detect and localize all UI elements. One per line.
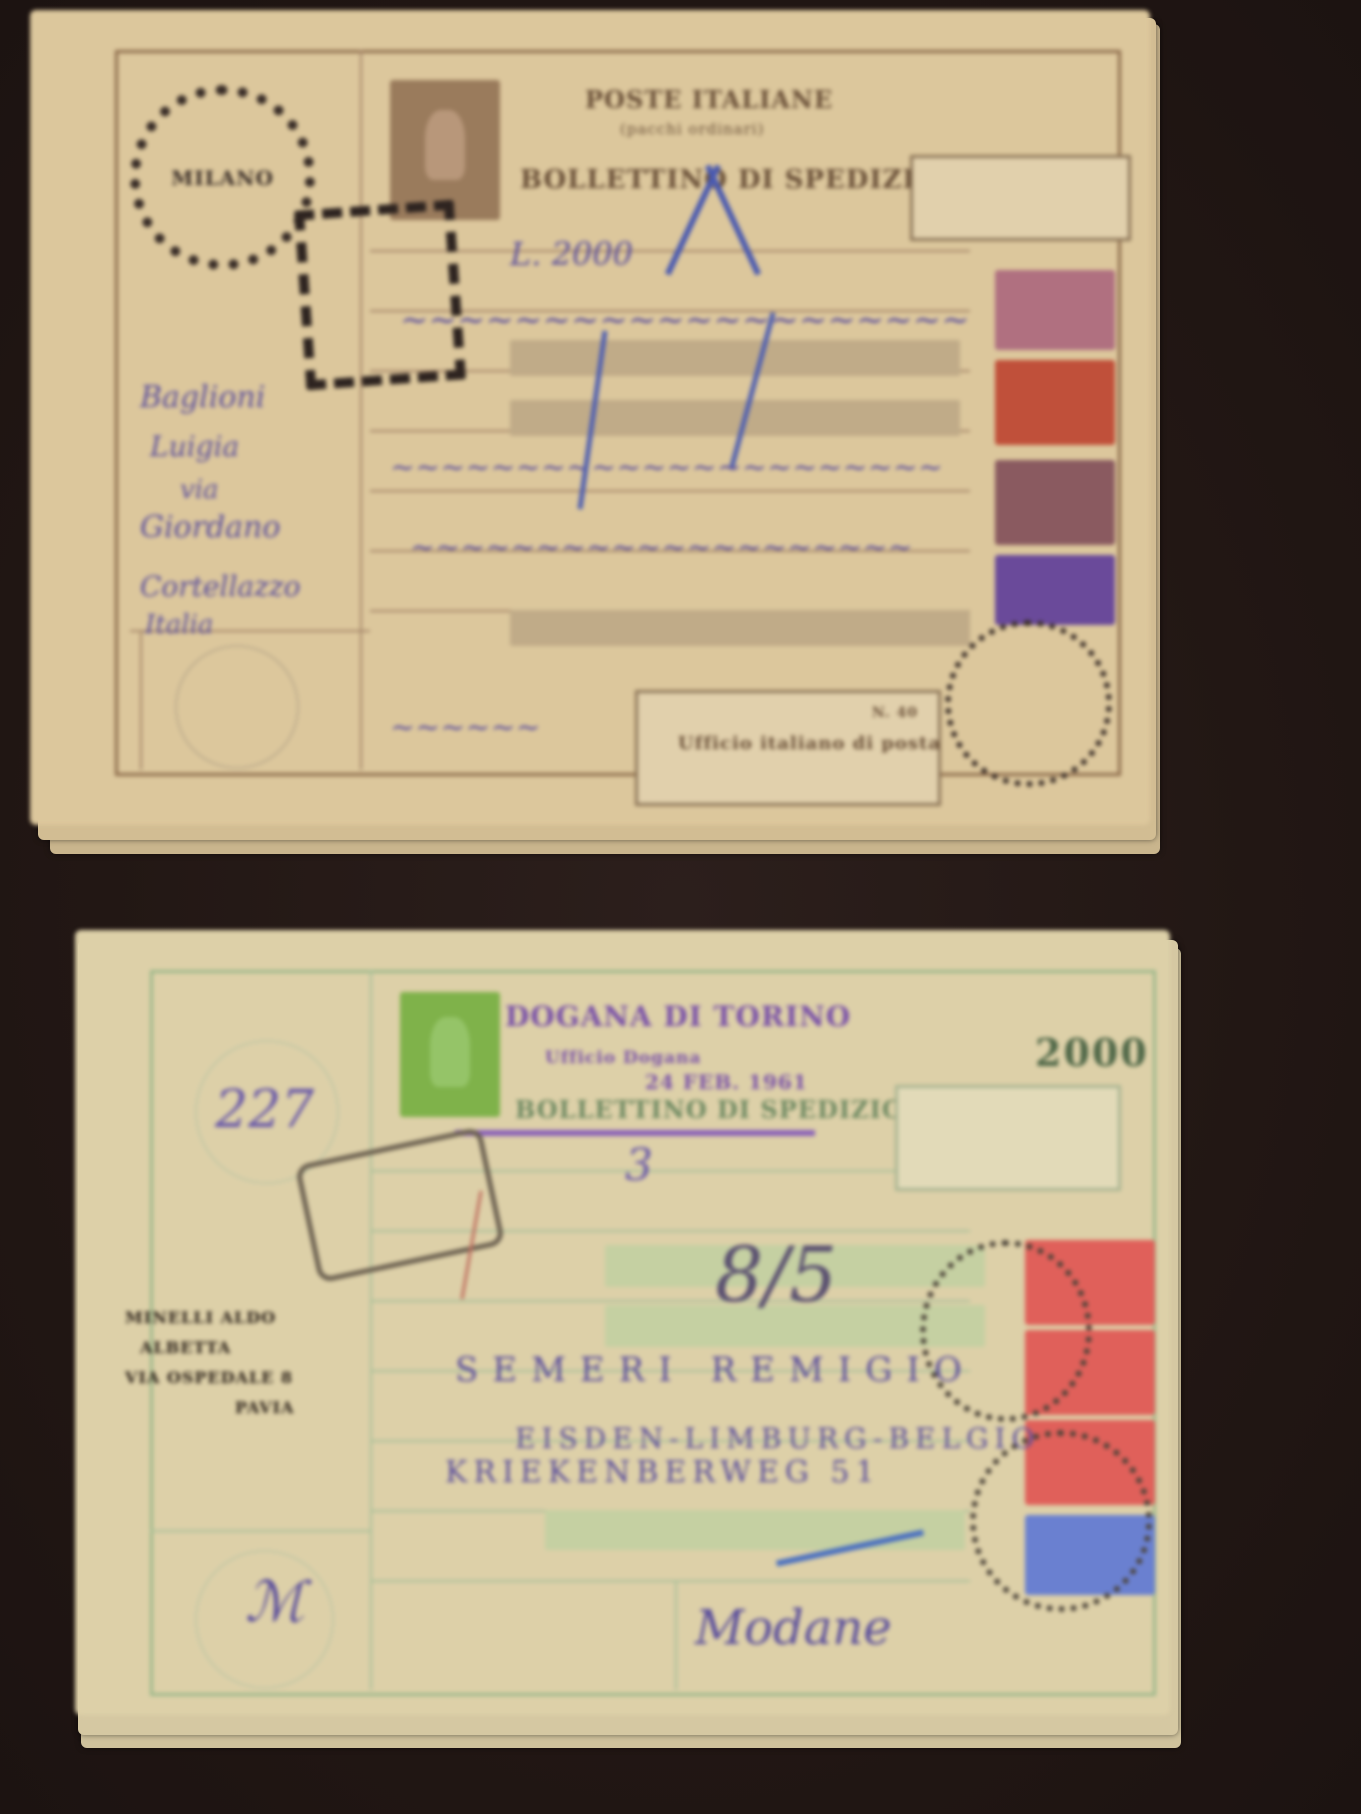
handwritten-sender-line: Italia bbox=[145, 610, 213, 640]
customs-header: DOGANA DI TORINO bbox=[505, 1000, 851, 1033]
handwritten-scribble: ~~~~~~~~~~~~~~~~~~~~ bbox=[410, 530, 913, 565]
handwritten-scribble: ~~~~~~ bbox=[390, 710, 541, 745]
postmark bbox=[945, 620, 1112, 787]
form-rule bbox=[370, 1580, 970, 1582]
postage-stamp bbox=[995, 360, 1115, 445]
form-divider bbox=[360, 50, 362, 770]
postmark bbox=[920, 1240, 1092, 1422]
top-stack: POSTE ITALIANE (pacchi ordinari) BOLLETT… bbox=[20, 10, 1170, 860]
handwritten-number: 227 bbox=[215, 1080, 314, 1140]
blank-circle bbox=[175, 645, 299, 769]
imprinted-stamp bbox=[390, 80, 500, 220]
postage-stamp bbox=[995, 270, 1115, 350]
form-field bbox=[545, 1510, 965, 1550]
handwritten-count: 3 bbox=[625, 1140, 653, 1191]
handwritten-sender-line: Giordano bbox=[140, 510, 280, 545]
form-rule bbox=[150, 1530, 370, 1532]
postage-stamp bbox=[995, 460, 1115, 545]
postage-stamp bbox=[995, 555, 1115, 625]
form-header: POSTE ITALIANE bbox=[585, 85, 833, 114]
handwritten-sender-line: Cortellazzo bbox=[140, 570, 300, 603]
reference-label bbox=[895, 1085, 1121, 1191]
handwritten-signature: ℳ bbox=[245, 1570, 305, 1635]
bottom-stack: DOGANA DI TORINO Ufficio Dogana 24 FEB. … bbox=[75, 930, 1185, 1750]
handwritten-scribble: ~~~~~~~~~~~~~~~~~~~~~~ bbox=[390, 450, 943, 485]
form-divider bbox=[370, 970, 372, 1690]
bottom-parcel-form: DOGANA DI TORINO Ufficio Dogana 24 FEB. … bbox=[75, 930, 1170, 1715]
declared-value: 2000 bbox=[1035, 1030, 1149, 1075]
sender-line: ALBETTA bbox=[140, 1338, 231, 1357]
postmark: MILANO bbox=[130, 85, 315, 270]
top-parcel-form: POSTE ITALIANE (pacchi ordinari) BOLLETT… bbox=[30, 10, 1150, 825]
handwritten-weight: 8/5 bbox=[715, 1230, 837, 1319]
reference-label bbox=[910, 155, 1131, 241]
sender-line: MINELLI ALDO bbox=[125, 1308, 276, 1327]
sender-line: PAVIA bbox=[235, 1398, 294, 1417]
handwritten-sender-line: Luigia bbox=[150, 430, 239, 463]
form-field bbox=[510, 400, 960, 436]
form-rule bbox=[370, 250, 970, 252]
form-divider bbox=[140, 630, 142, 770]
form-field bbox=[510, 610, 970, 646]
rectangular-handstamp bbox=[294, 200, 466, 391]
recipient-name: SEMERI REMIGIO bbox=[455, 1350, 976, 1390]
office-label: N. 40 Ufficio italiano di posta bbox=[635, 690, 941, 806]
handwritten-sender-line: via bbox=[180, 475, 219, 505]
form-divider bbox=[675, 1580, 677, 1690]
postmark bbox=[970, 1430, 1152, 1612]
imprinted-stamp bbox=[400, 992, 500, 1117]
recipient-city: EISDEN-LIMBURG-BELGIO bbox=[515, 1422, 1040, 1455]
customs-stamp-date: 24 FEB. 1961 bbox=[645, 1070, 808, 1094]
handwritten-scribble: ~~~~~~~~~~~~~~~~~~~~ bbox=[400, 300, 970, 340]
recipient-street: KRIEKENBERWEG 51 bbox=[445, 1455, 881, 1490]
form-rule bbox=[370, 490, 970, 492]
routing-note: Modane bbox=[695, 1600, 892, 1656]
customs-stamp-line: Ufficio Dogana bbox=[545, 1048, 701, 1068]
violet-underline bbox=[455, 1130, 815, 1136]
handwritten-amount: L. 2000 bbox=[510, 235, 633, 273]
sender-line: VIA OSPEDALE 8 bbox=[125, 1368, 293, 1387]
form-title: BOLLETTINO DI SPEDIZIONE bbox=[515, 1095, 946, 1124]
handwritten-sender-line: Baglioni bbox=[140, 380, 265, 415]
form-field bbox=[510, 340, 960, 376]
form-subheader: (pacchi ordinari) bbox=[620, 120, 764, 138]
form-rule bbox=[370, 1300, 970, 1302]
